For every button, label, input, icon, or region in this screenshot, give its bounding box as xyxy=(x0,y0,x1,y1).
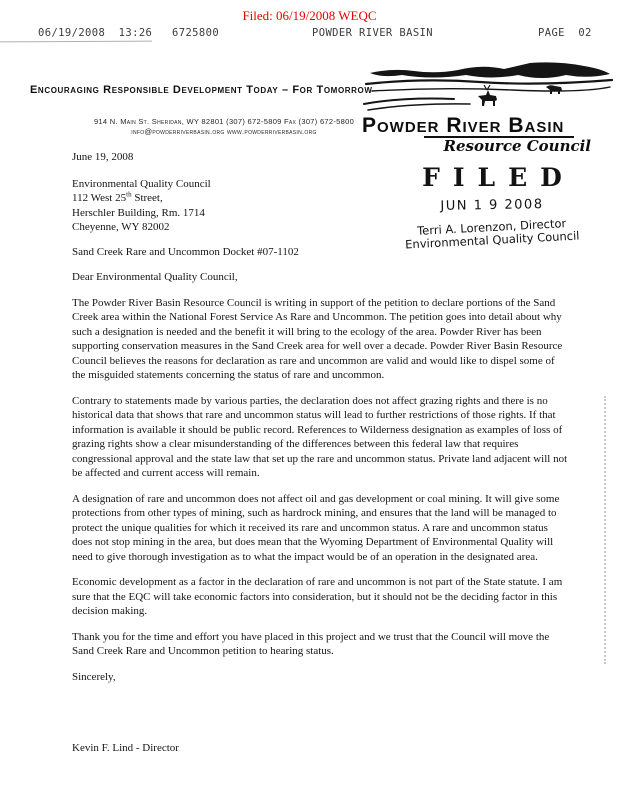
letterhead-contact-block: 914 N. Main St. Sheridan, WY 82801 (307)… xyxy=(86,117,362,137)
fax-sender-name: POWDER RIVER BASIN xyxy=(312,27,433,39)
recipient-line: 112 West 25th Street, xyxy=(72,191,570,206)
street-number: 112 West 25 xyxy=(72,192,126,204)
paragraph: Economic development as a factor in the … xyxy=(72,575,570,619)
logo-name-text: Powder River Basin xyxy=(362,116,615,136)
fax-scan-line-artifact xyxy=(0,41,152,43)
recipient-address-block: Environmental Quality Council 112 West 2… xyxy=(72,177,570,235)
paragraph: The Powder River Basin Resource Council … xyxy=(72,296,570,383)
signature-line: Kevin F. Lind - Director xyxy=(72,742,179,754)
recipient-line: Cheyenne, WY 82002 xyxy=(72,220,570,235)
fax-number: 6725800 xyxy=(172,27,219,39)
letter-body: June 19, 2008 Environmental Quality Coun… xyxy=(72,150,570,684)
cattle-silhouette-icon xyxy=(546,85,562,94)
paragraph: A designation of rare and uncommon does … xyxy=(72,492,570,565)
street-name: Street, xyxy=(132,192,163,204)
deer-silhouette-icon xyxy=(478,90,497,106)
scan-edge-artifact xyxy=(604,396,606,664)
letterhead-web-line: info@powderriverbasin.org www.powderrive… xyxy=(86,127,362,137)
recipient-line: Environmental Quality Council xyxy=(72,177,570,192)
landscape-sketch-icon xyxy=(362,60,615,116)
closing: Sincerely, xyxy=(72,670,570,685)
salutation: Dear Environmental Quality Council, xyxy=(72,270,570,285)
letter-date: June 19, 2008 xyxy=(72,150,570,165)
letterhead-address-line: 914 N. Main St. Sheridan, WY 82801 (307)… xyxy=(86,117,362,127)
recipient-line: Herschler Building, Rm. 1714 xyxy=(72,206,570,221)
letterhead-tagline: Encouraging Responsible Development Toda… xyxy=(30,84,373,96)
fax-page-number: PAGE 02 xyxy=(538,27,592,39)
efiling-header-text: Filed: 06/19/2008 WEQC xyxy=(0,8,619,24)
subject-line: Sand Creek Rare and Uncommon Docket #07-… xyxy=(72,245,570,260)
paragraph: Contrary to statements made by various p… xyxy=(72,394,570,481)
paragraph: Thank you for the time and effort you ha… xyxy=(72,630,570,659)
org-logo: Powder River Basin Resource Council xyxy=(362,60,615,155)
fax-datetime: 06/19/2008 13:26 xyxy=(38,27,152,39)
